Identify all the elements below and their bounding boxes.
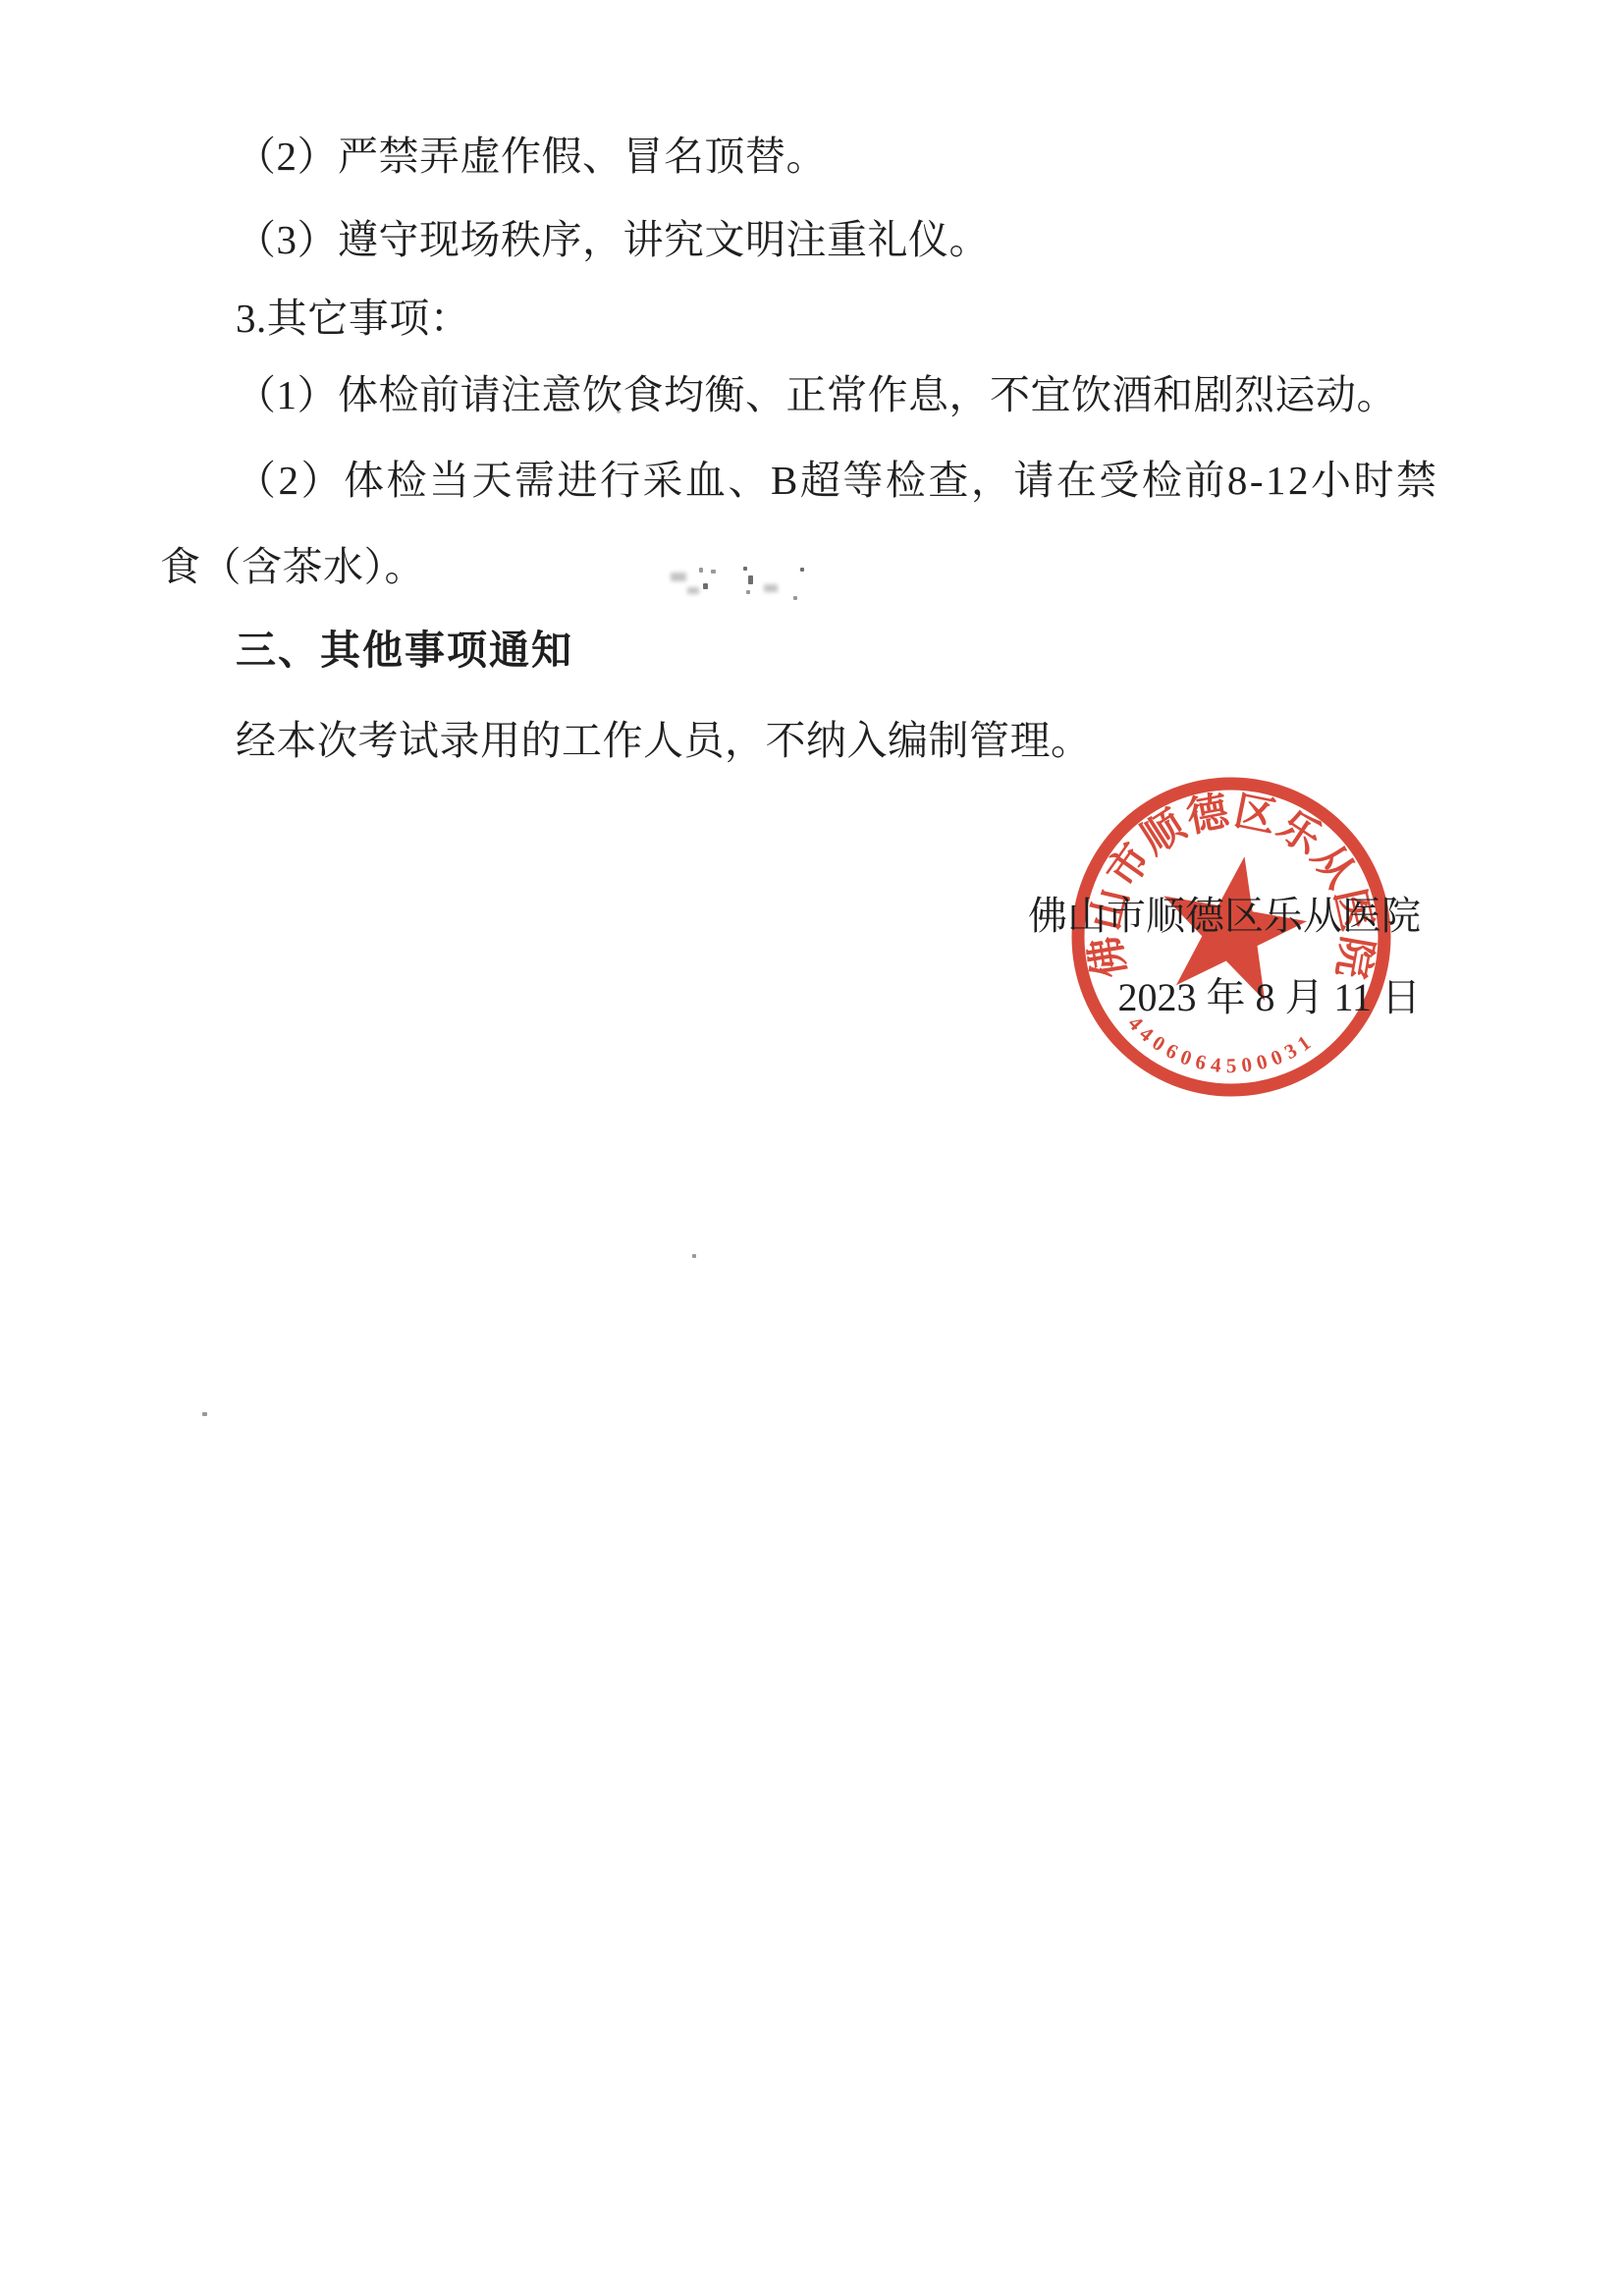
scan-noise xyxy=(764,584,778,592)
scan-noise xyxy=(746,590,750,594)
body-line: （2）严禁弄虚作假、冒名顶替。 xyxy=(160,134,827,180)
scan-noise xyxy=(692,1254,696,1258)
scan-noise xyxy=(703,583,708,589)
scan-noise xyxy=(800,568,804,572)
scan-noise xyxy=(711,570,716,574)
signature-date: 2023 年 8 月 11 日 xyxy=(1117,976,1421,1019)
scan-noise xyxy=(793,596,797,600)
body-line: （2）体检当天需进行采血、B超等检查，请在受检前8-12小时禁 xyxy=(160,458,1439,504)
scan-noise xyxy=(699,568,703,573)
scan-noise xyxy=(748,575,753,584)
scan-noise xyxy=(671,573,686,581)
body-line: （3）遵守现场秩序，讲究文明注重礼仪。 xyxy=(160,217,990,263)
scan-noise xyxy=(202,1412,207,1416)
scanned-notice-page: （2）严禁弄虚作假、冒名顶替。 （3）遵守现场秩序，讲究文明注重礼仪。 3.其它… xyxy=(0,0,1623,2296)
scan-noise xyxy=(743,567,747,571)
scan-noise xyxy=(617,410,621,413)
signature-organization: 佛山市顺德区乐从医院 xyxy=(1028,895,1421,938)
body-line: 3.其它事项： xyxy=(160,296,470,342)
body-line: 食（含茶水）。 xyxy=(160,544,425,590)
section-heading: 三、其他事项通知 xyxy=(160,628,573,674)
body-line: （1）体检前请注意饮食均衡、正常作息，不宜饮酒和剧烈运动。 xyxy=(160,372,1397,418)
scan-noise xyxy=(687,587,699,594)
body-line: 经本次考试录用的工作人员，不纳入编制管理。 xyxy=(160,718,1092,764)
